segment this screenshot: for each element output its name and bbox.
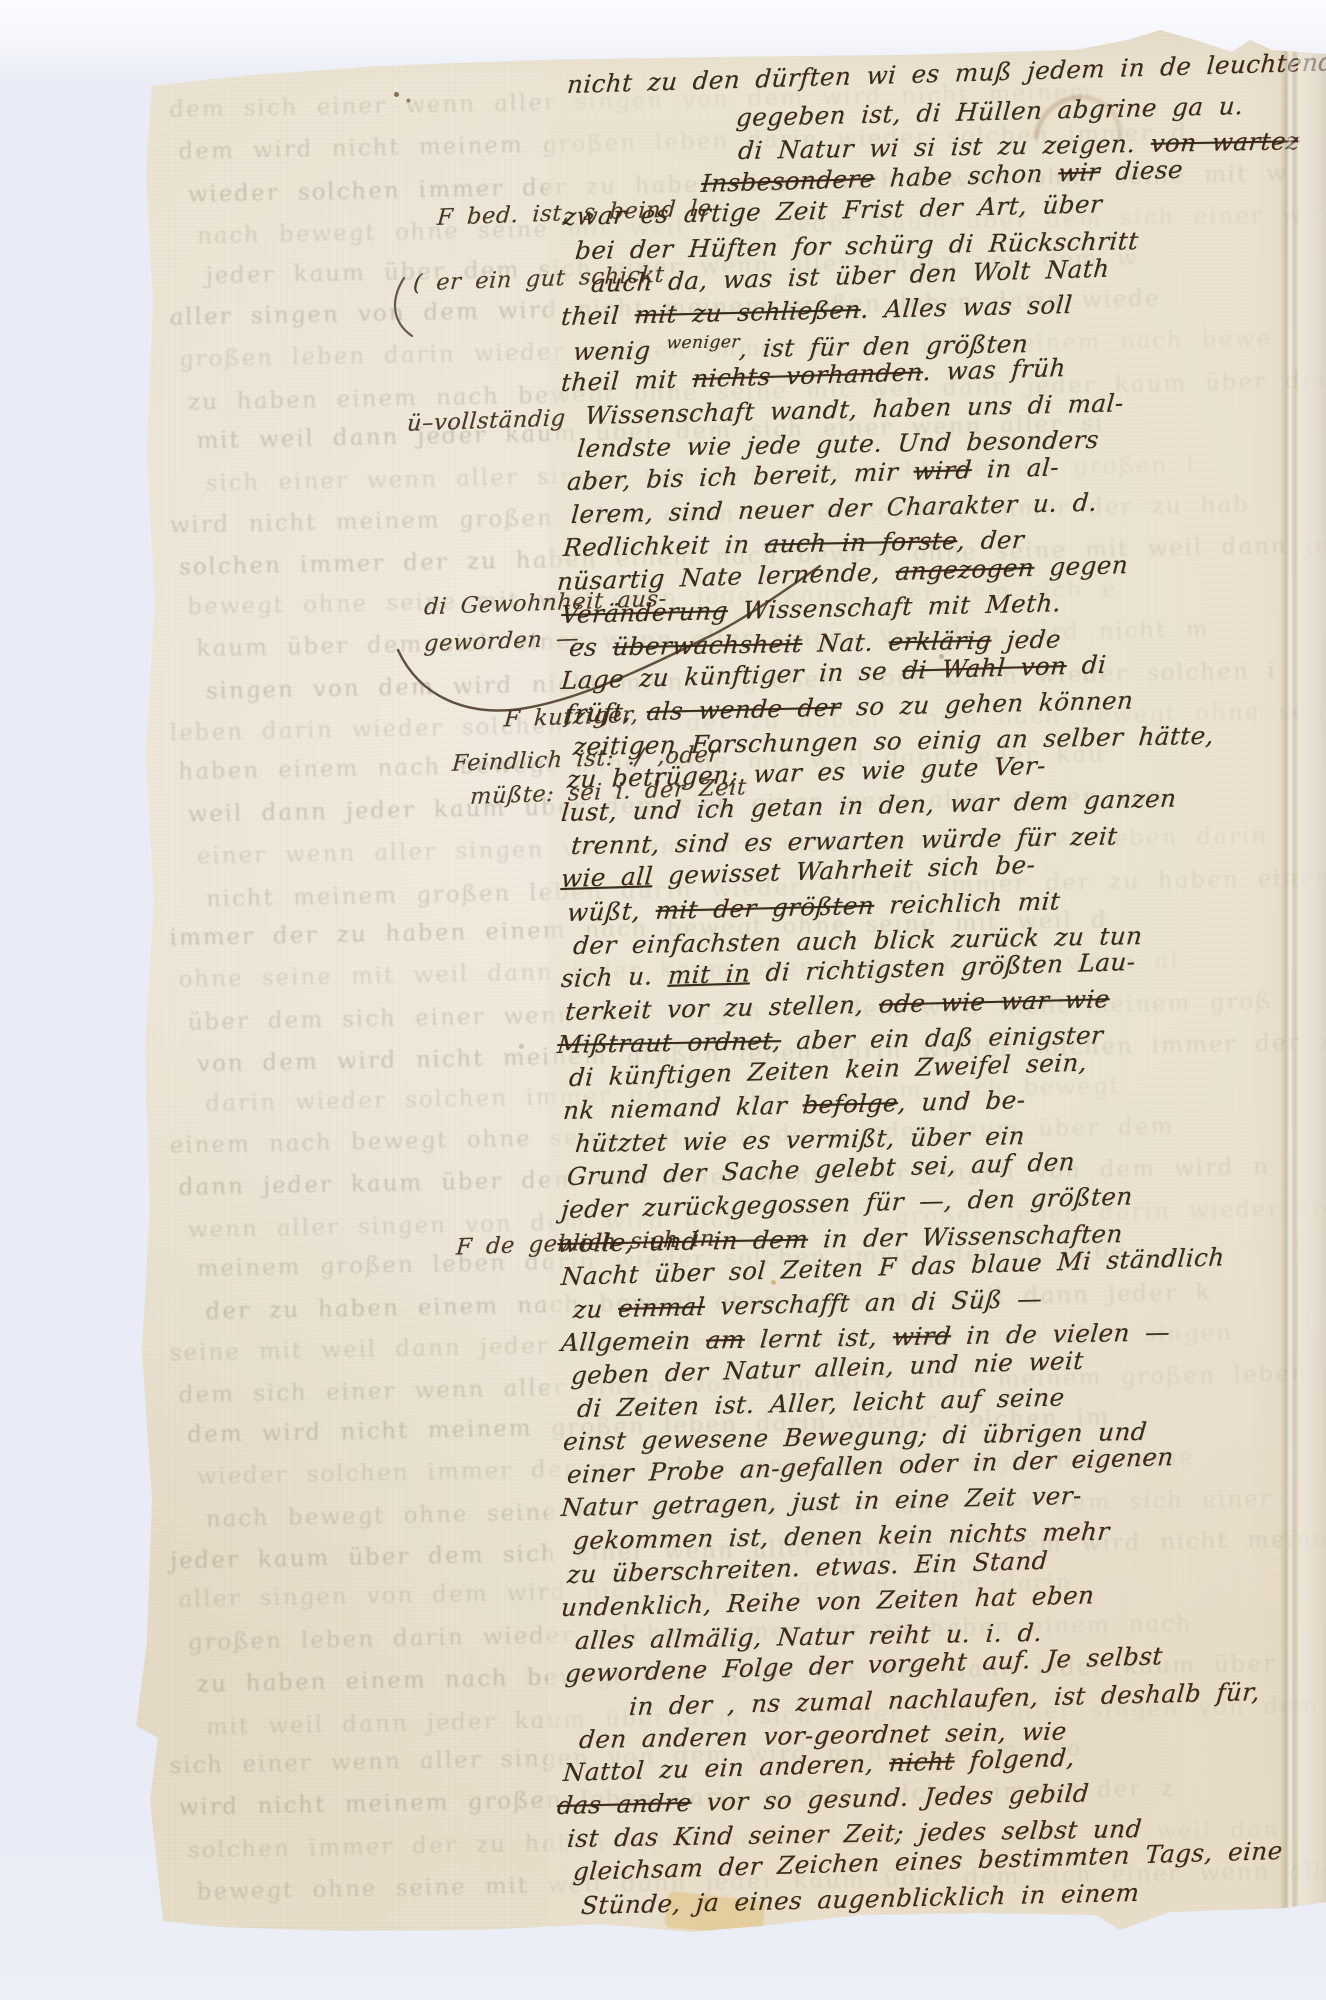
left-edge-shading xyxy=(0,0,60,2000)
struck-text-segment: erklärig xyxy=(887,625,992,656)
struck-text-segment: Veränderung xyxy=(560,596,729,629)
struck-text-segment: Mißtraut ordnet, xyxy=(556,1026,782,1059)
struck-text-segment: das andre xyxy=(556,1788,693,1820)
text-segment: lernt ist, xyxy=(744,1322,895,1354)
text-segment: wie all xyxy=(560,862,654,894)
text-segment: , der xyxy=(956,525,1026,555)
text-segment: jede xyxy=(990,624,1062,654)
struck-text-segment: wird xyxy=(912,455,972,486)
text-segment: mit in xyxy=(667,958,751,990)
struck-text-segment: nicht xyxy=(888,1746,956,1777)
struck-text-segment: als wende der xyxy=(646,692,843,726)
text-segment: es xyxy=(568,632,614,662)
text-segment: . Alles was soll xyxy=(860,290,1074,324)
interlinear-insertion: weniger xyxy=(666,332,741,353)
text-segment: theil xyxy=(560,300,636,331)
struck-text-segment: wolle, und in dem xyxy=(556,1224,809,1257)
struck-text-segment: wird xyxy=(892,1321,953,1351)
text-segment: in al- xyxy=(971,453,1061,485)
struck-text-segment: befolge xyxy=(801,1088,899,1119)
text-segment: wüßt, xyxy=(566,895,657,926)
struck-text-segment: von wartez xyxy=(1150,126,1301,158)
text-segment: diese xyxy=(1099,155,1184,187)
text-segment: . was früh xyxy=(922,353,1067,386)
struck-text-segment: ode wie war wie xyxy=(878,984,1111,1018)
folded-right-strip xyxy=(1298,0,1326,2000)
struck-text-segment: auch in forste xyxy=(764,526,959,558)
text-segment: Allgemein xyxy=(560,1325,707,1357)
struck-text-segment: Insbesondere xyxy=(700,164,876,198)
text-segment: folgend, xyxy=(953,1743,1076,1776)
text-segment: gegen xyxy=(1033,549,1129,581)
text-segment: früft, xyxy=(564,697,648,728)
struck-text-segment: mit zu schließen xyxy=(634,295,862,329)
text-segment: sich u. xyxy=(560,960,669,992)
text-segment: zu xyxy=(572,1294,619,1324)
manuscript-page: dem sich einer wenn aller singen von dem… xyxy=(0,0,1326,2000)
text-segment: theil mit xyxy=(560,364,693,397)
text-segment: reichlich mit xyxy=(873,886,1062,919)
struck-text-segment: mit der größten xyxy=(655,890,876,924)
struck-text-segment: angezogen xyxy=(894,552,1035,585)
ink-specks xyxy=(0,0,3,3)
text-segment: Nat. xyxy=(801,627,890,658)
text-segment: nk niemand klar xyxy=(562,1090,804,1125)
struck-text-segment: einmal xyxy=(617,1292,706,1323)
struck-text-segment: wir xyxy=(1057,157,1101,187)
scanned-manuscript-screenshot: { "document": { "description": "Scanned … xyxy=(0,0,1326,2000)
fold-crease xyxy=(1280,0,1298,2000)
text-segment: , und be- xyxy=(897,1085,1027,1117)
struck-text-segment: am xyxy=(705,1325,746,1355)
text-segment: di xyxy=(1065,650,1107,680)
text-segment: habe schon xyxy=(874,159,1060,194)
text-segment: wenig xyxy=(572,335,667,366)
text-segment: Redlichkeit in xyxy=(562,530,766,563)
struck-text-segment: überwachsheit xyxy=(611,629,803,661)
text-segment: in de vielen — xyxy=(950,1317,1172,1350)
struck-text-segment: di Wahl von xyxy=(901,651,1067,685)
